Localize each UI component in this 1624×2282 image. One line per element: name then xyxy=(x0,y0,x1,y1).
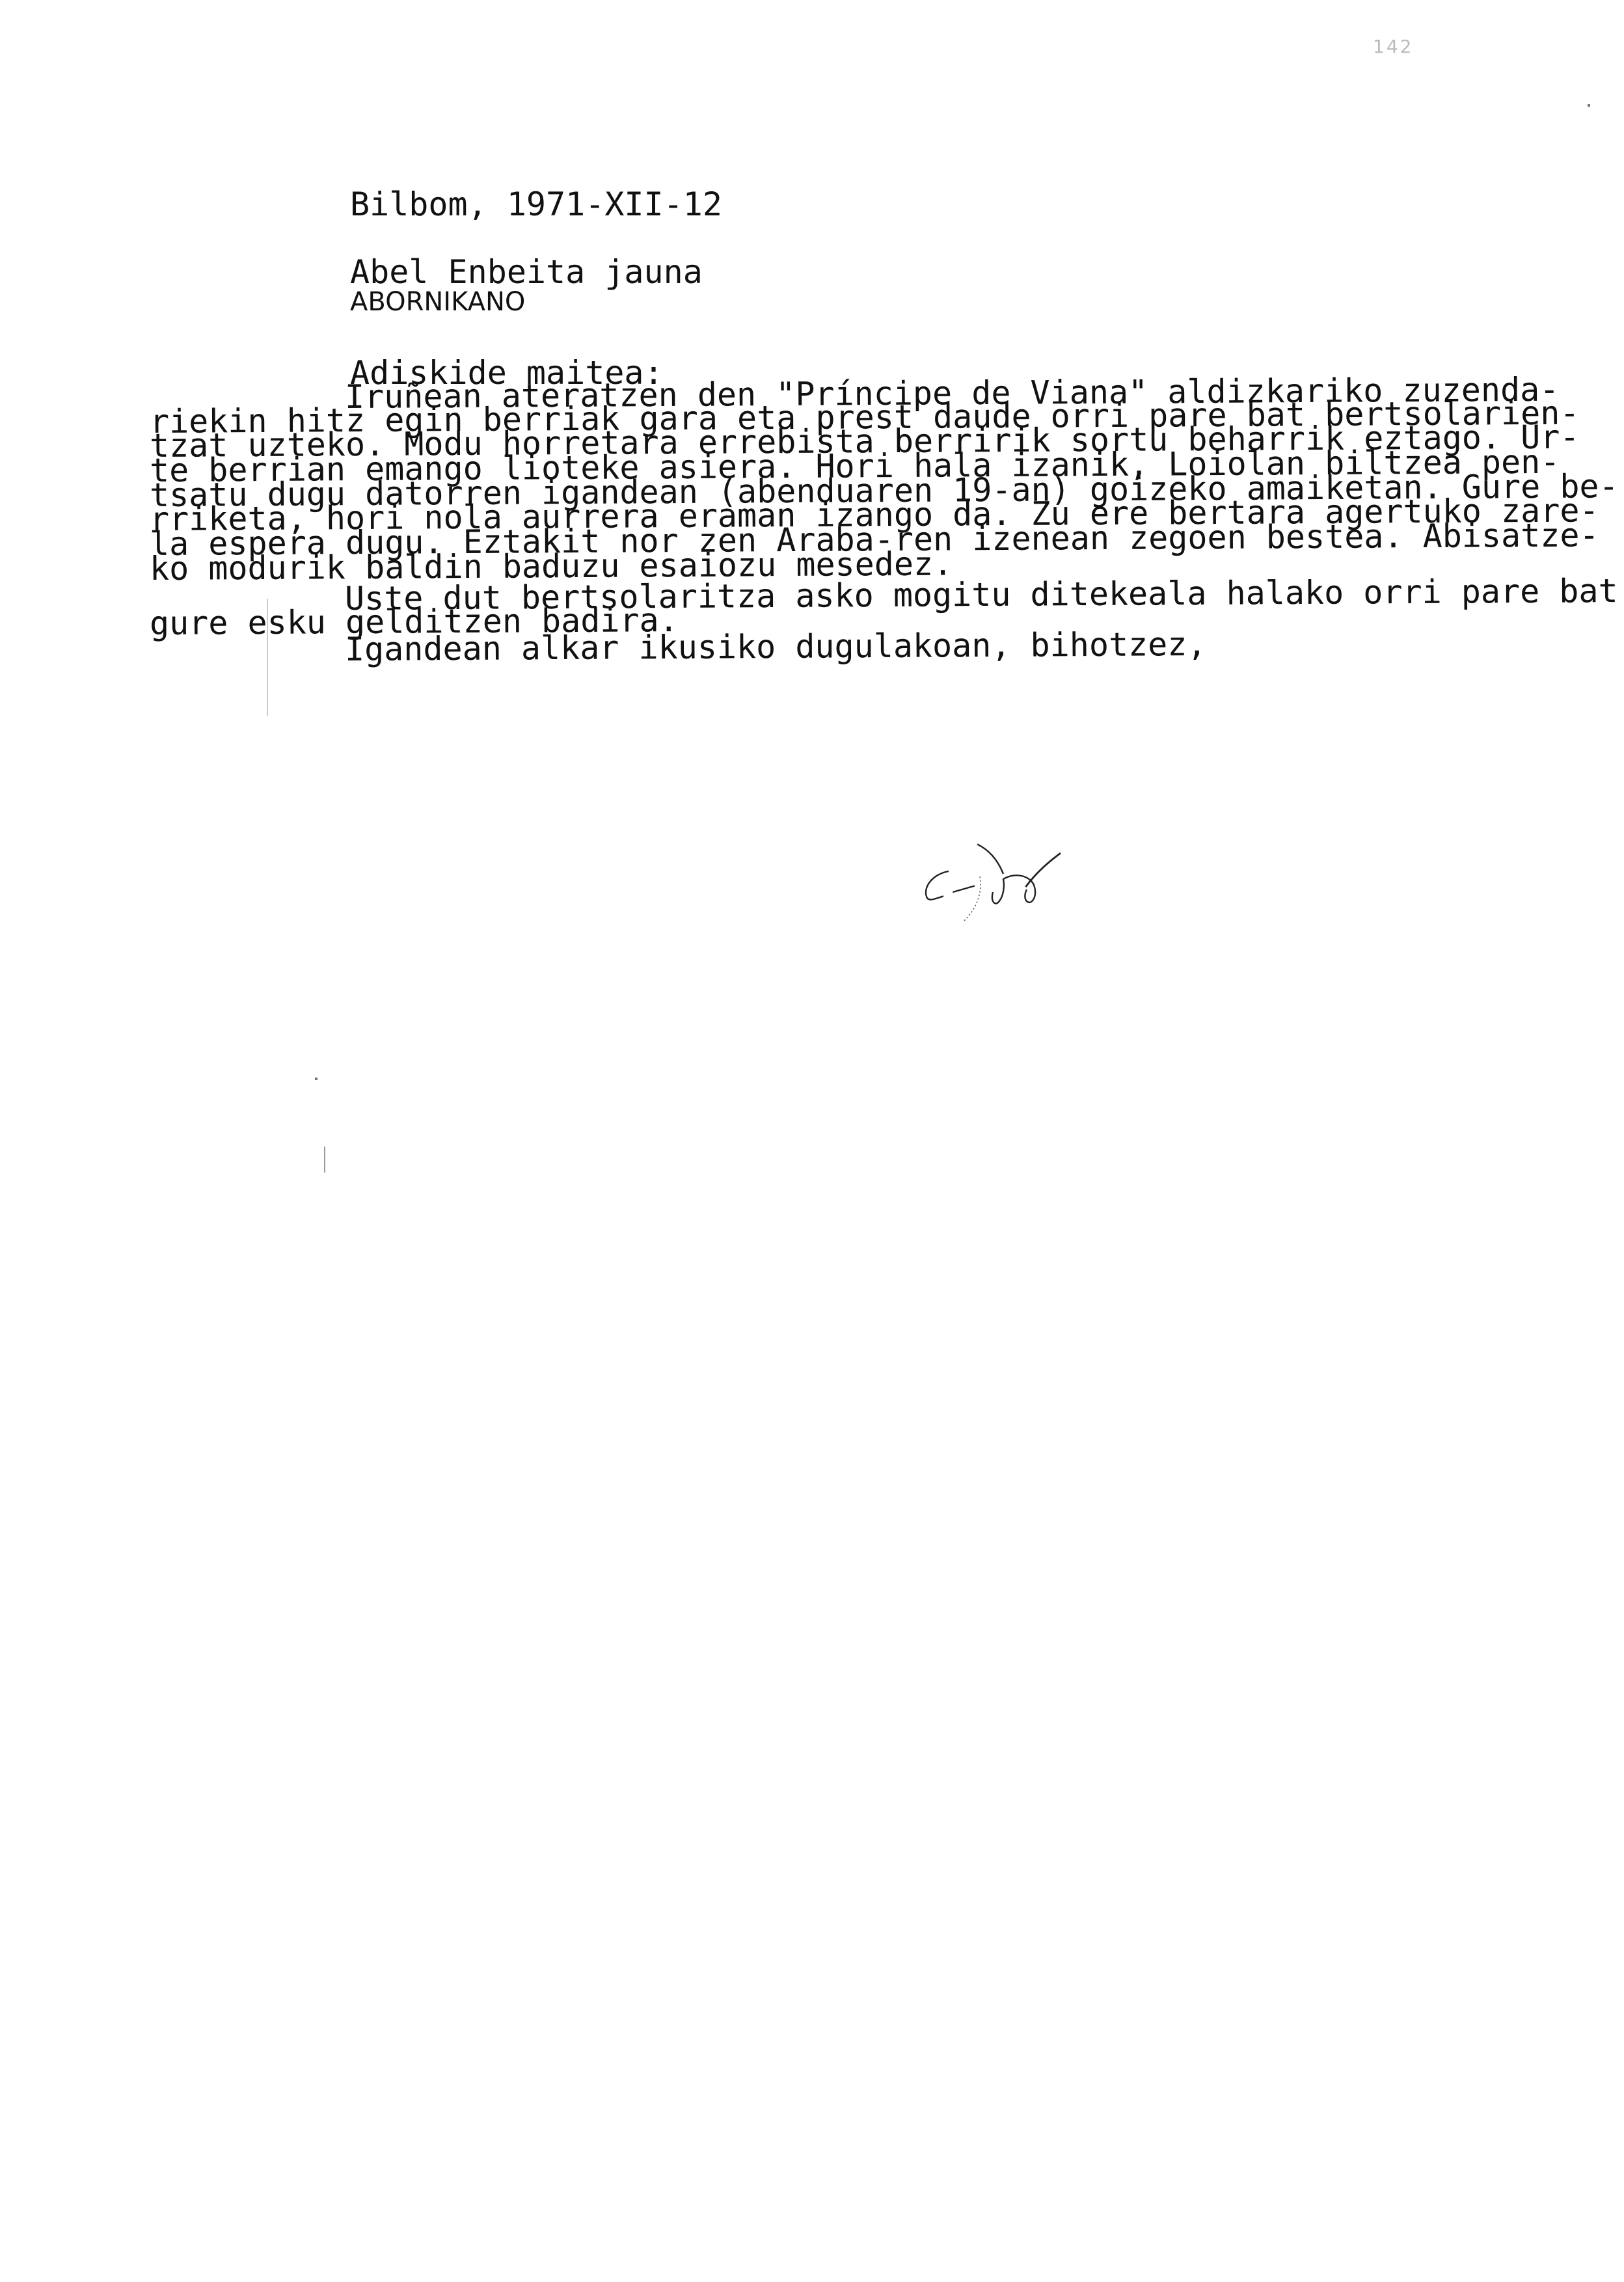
signature xyxy=(891,826,1100,937)
place-date: Bilbom, 1971-XII-12 xyxy=(350,193,722,216)
margin-mark xyxy=(324,1147,325,1173)
margin-dot xyxy=(315,1078,318,1080)
letter-page: 142 Bilbom, 1971-XII-12 Abel Enbeita jau… xyxy=(0,0,1624,2282)
recipient-place: ABORNIKANO xyxy=(350,290,525,314)
margin-mark xyxy=(267,599,268,716)
recipient-name: Abel Enbeita jauna xyxy=(350,260,703,284)
archive-number: 142 xyxy=(1373,36,1413,57)
margin-dot xyxy=(1588,104,1590,107)
body-line: Igandean alkar ikusiko dugulakoan, bihot… xyxy=(345,632,1207,661)
